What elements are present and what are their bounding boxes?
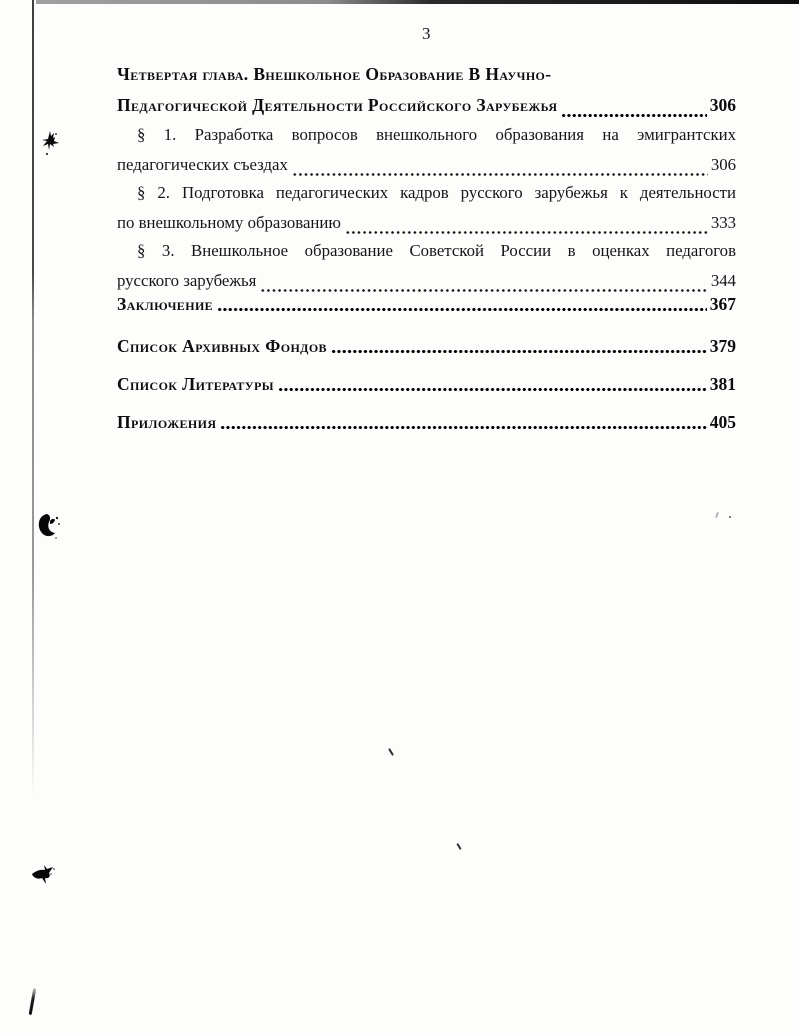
archive-list-page-number: 379 [710, 335, 736, 357]
dot-leader [292, 163, 708, 177]
toc-section-2: § 2. Подготовка педагогических кадров ру… [117, 178, 736, 238]
section-1-page-number: 306 [711, 150, 736, 180]
archive-list-label: Список Архивных Фондов [117, 335, 327, 357]
appendices-page-number: 405 [710, 411, 736, 433]
scan-speck [456, 843, 461, 850]
section-3-line1: § 3. Внешкольное образование Советской Р… [117, 236, 736, 266]
section-1-line2-row: педагогических съездах 306 [117, 150, 736, 180]
conclusion-label: Заключение [117, 293, 213, 315]
chapter-title-line2-row: Педагогической Деятельности Российского … [117, 90, 736, 121]
dot-leader [331, 340, 707, 354]
scan-speck [729, 516, 731, 518]
dot-leader [220, 416, 706, 430]
toc-entry-appendices: Приложения 405 [117, 411, 736, 433]
bibliography-label: Список Литературы [117, 373, 274, 395]
pen-stroke [29, 988, 37, 1015]
section-2-line2: по внешкольному образованию [117, 208, 341, 238]
dot-leader [260, 279, 707, 293]
scan-speck [715, 512, 719, 518]
toc-section-1: § 1. Разработка вопросов внешкольного об… [117, 120, 736, 180]
appendices-label: Приложения [117, 411, 216, 433]
section-3-page-number: 344 [711, 266, 736, 296]
toc-chapter-entry: Четвертая глава. Внешкольное Образование… [117, 59, 736, 121]
section-2-line1: § 2. Подготовка педагогических кадров ру… [117, 178, 736, 208]
ink-blot [41, 130, 61, 158]
section-2-line2-row: по внешкольному образованию 333 [117, 208, 736, 238]
ink-blot [30, 864, 56, 888]
dot-leader [345, 221, 708, 235]
scan-speck [388, 748, 394, 756]
chapter-title-line1: Четвертая глава. Внешкольное Образование… [117, 59, 736, 90]
toc-section-3: § 3. Внешкольное образование Советской Р… [117, 236, 736, 296]
chapter-title-line2: Педагогической Деятельности Российского … [117, 90, 557, 121]
ink-blot [36, 511, 62, 541]
section-1-line1: § 1. Разработка вопросов внешкольного об… [117, 120, 736, 150]
chapter-page-number: 306 [710, 90, 736, 121]
section-3-line2: русского зарубежья [117, 266, 256, 296]
toc-entry-conclusion: Заключение 367 [117, 293, 736, 315]
page-number: 3 [117, 24, 736, 44]
dot-leader [278, 378, 707, 392]
scan-edge-top [36, 0, 799, 4]
dot-leader [561, 104, 706, 118]
scanned-toc-page: 3 Четвертая глава. Внешкольное Образован… [0, 0, 799, 1034]
dot-leader [217, 298, 707, 312]
section-3-line2-row: русского зарубежья 344 [117, 266, 736, 296]
section-1-line2: педагогических съездах [117, 150, 288, 180]
conclusion-page-number: 367 [710, 293, 736, 315]
scan-edge-left [32, 0, 34, 800]
toc-entry-bibliography: Список Литературы 381 [117, 373, 736, 395]
toc-entry-archive-list: Список Архивных Фондов 379 [117, 335, 736, 357]
bibliography-page-number: 381 [710, 373, 736, 395]
section-2-page-number: 333 [711, 208, 736, 238]
